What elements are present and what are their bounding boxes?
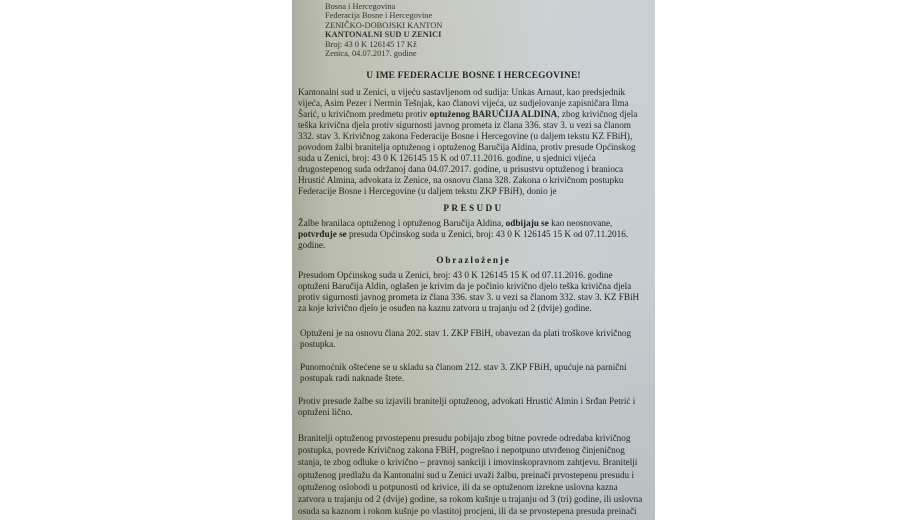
court-verdict-page: Bosna i Hercegovina Federacija Bosne i H…	[292, 0, 655, 520]
header-line-court: KANTONALNI SUD U ZENICI	[325, 30, 442, 39]
intro-line: povodom žalbi branitelja optuženog i opt…	[298, 142, 650, 153]
verdict-rejected: odbijaju se	[506, 218, 549, 228]
reasoning-paragraph-4: Protiv presude žalbe su izjavili branite…	[298, 396, 655, 418]
reasoning-paragraph-5: Branitelji optuženog prvostepenu presudu…	[298, 432, 655, 517]
intro-line: Šarić, u krivičnom predmetu protiv optuž…	[298, 109, 650, 120]
header-line-canton: ZENIČKO-DOBOJSKI KANTON	[325, 21, 442, 30]
verdict-confirmed: potvrđuje se	[298, 229, 347, 239]
reasoning-paragraph-1: Presudom Općinskog suda u Zenici, broj: …	[298, 270, 655, 314]
header-line-federation: Federacija Bosne i Hercegovine	[325, 11, 442, 20]
intro-line: vijeća, Asim Pezer i Nermin Tešnjak, kao…	[298, 98, 650, 109]
court-header: Bosna i Hercegovina Federacija Bosne i H…	[325, 2, 442, 58]
header-line-date: Zenica, 04.07.2017. godine	[325, 49, 442, 58]
header-line-country: Bosna i Hercegovina	[325, 2, 442, 11]
intro-paragraph: Kantonalni sud u Zenici, u vijeću sastav…	[298, 87, 650, 197]
intro-line: teška krivična djela protiv sigurnosti j…	[298, 120, 650, 131]
intro-line: drugostepenog suda održanoj dana 04.07.2…	[298, 164, 650, 175]
header-line-case-number: Broj: 43 0 K 126145 17 Kž	[325, 40, 442, 49]
intro-line: Hrustić Almina, advokata iz Zenice, na o…	[298, 175, 650, 186]
reasoning-paragraph-3: Punomoćnik oštećene se u skladu sa člano…	[300, 362, 655, 384]
document-title: U IME FEDERACIJE BOSNE I HERCEGOVINE!	[292, 71, 655, 82]
reasoning-paragraph-2: Optuženi je na osnovu člana 202. stav 1.…	[300, 328, 655, 350]
intro-line: suda u Zenici, broj: 43 0 K 126145 15 K …	[298, 153, 650, 164]
intro-line: Kantonalni sud u Zenici, u vijeću sastav…	[298, 87, 650, 98]
intro-line: 332. stav 3. Krivičnog zakona Federacije…	[298, 131, 650, 142]
accused-name: optuženog BARUČIJA ALDINA	[430, 109, 558, 119]
verdict-paragraph: Žalbe branilaca optuženog i optuženog Ba…	[298, 218, 650, 251]
intro-line: Federacije Bosne i Hercegovine (u daljem…	[298, 186, 650, 197]
reasoning-heading: Obrazloženje	[292, 255, 655, 266]
verdict-heading: PRESUDU	[292, 203, 655, 214]
document-photo: Bosna i Hercegovina Federacija Bosne i H…	[292, 0, 655, 520]
